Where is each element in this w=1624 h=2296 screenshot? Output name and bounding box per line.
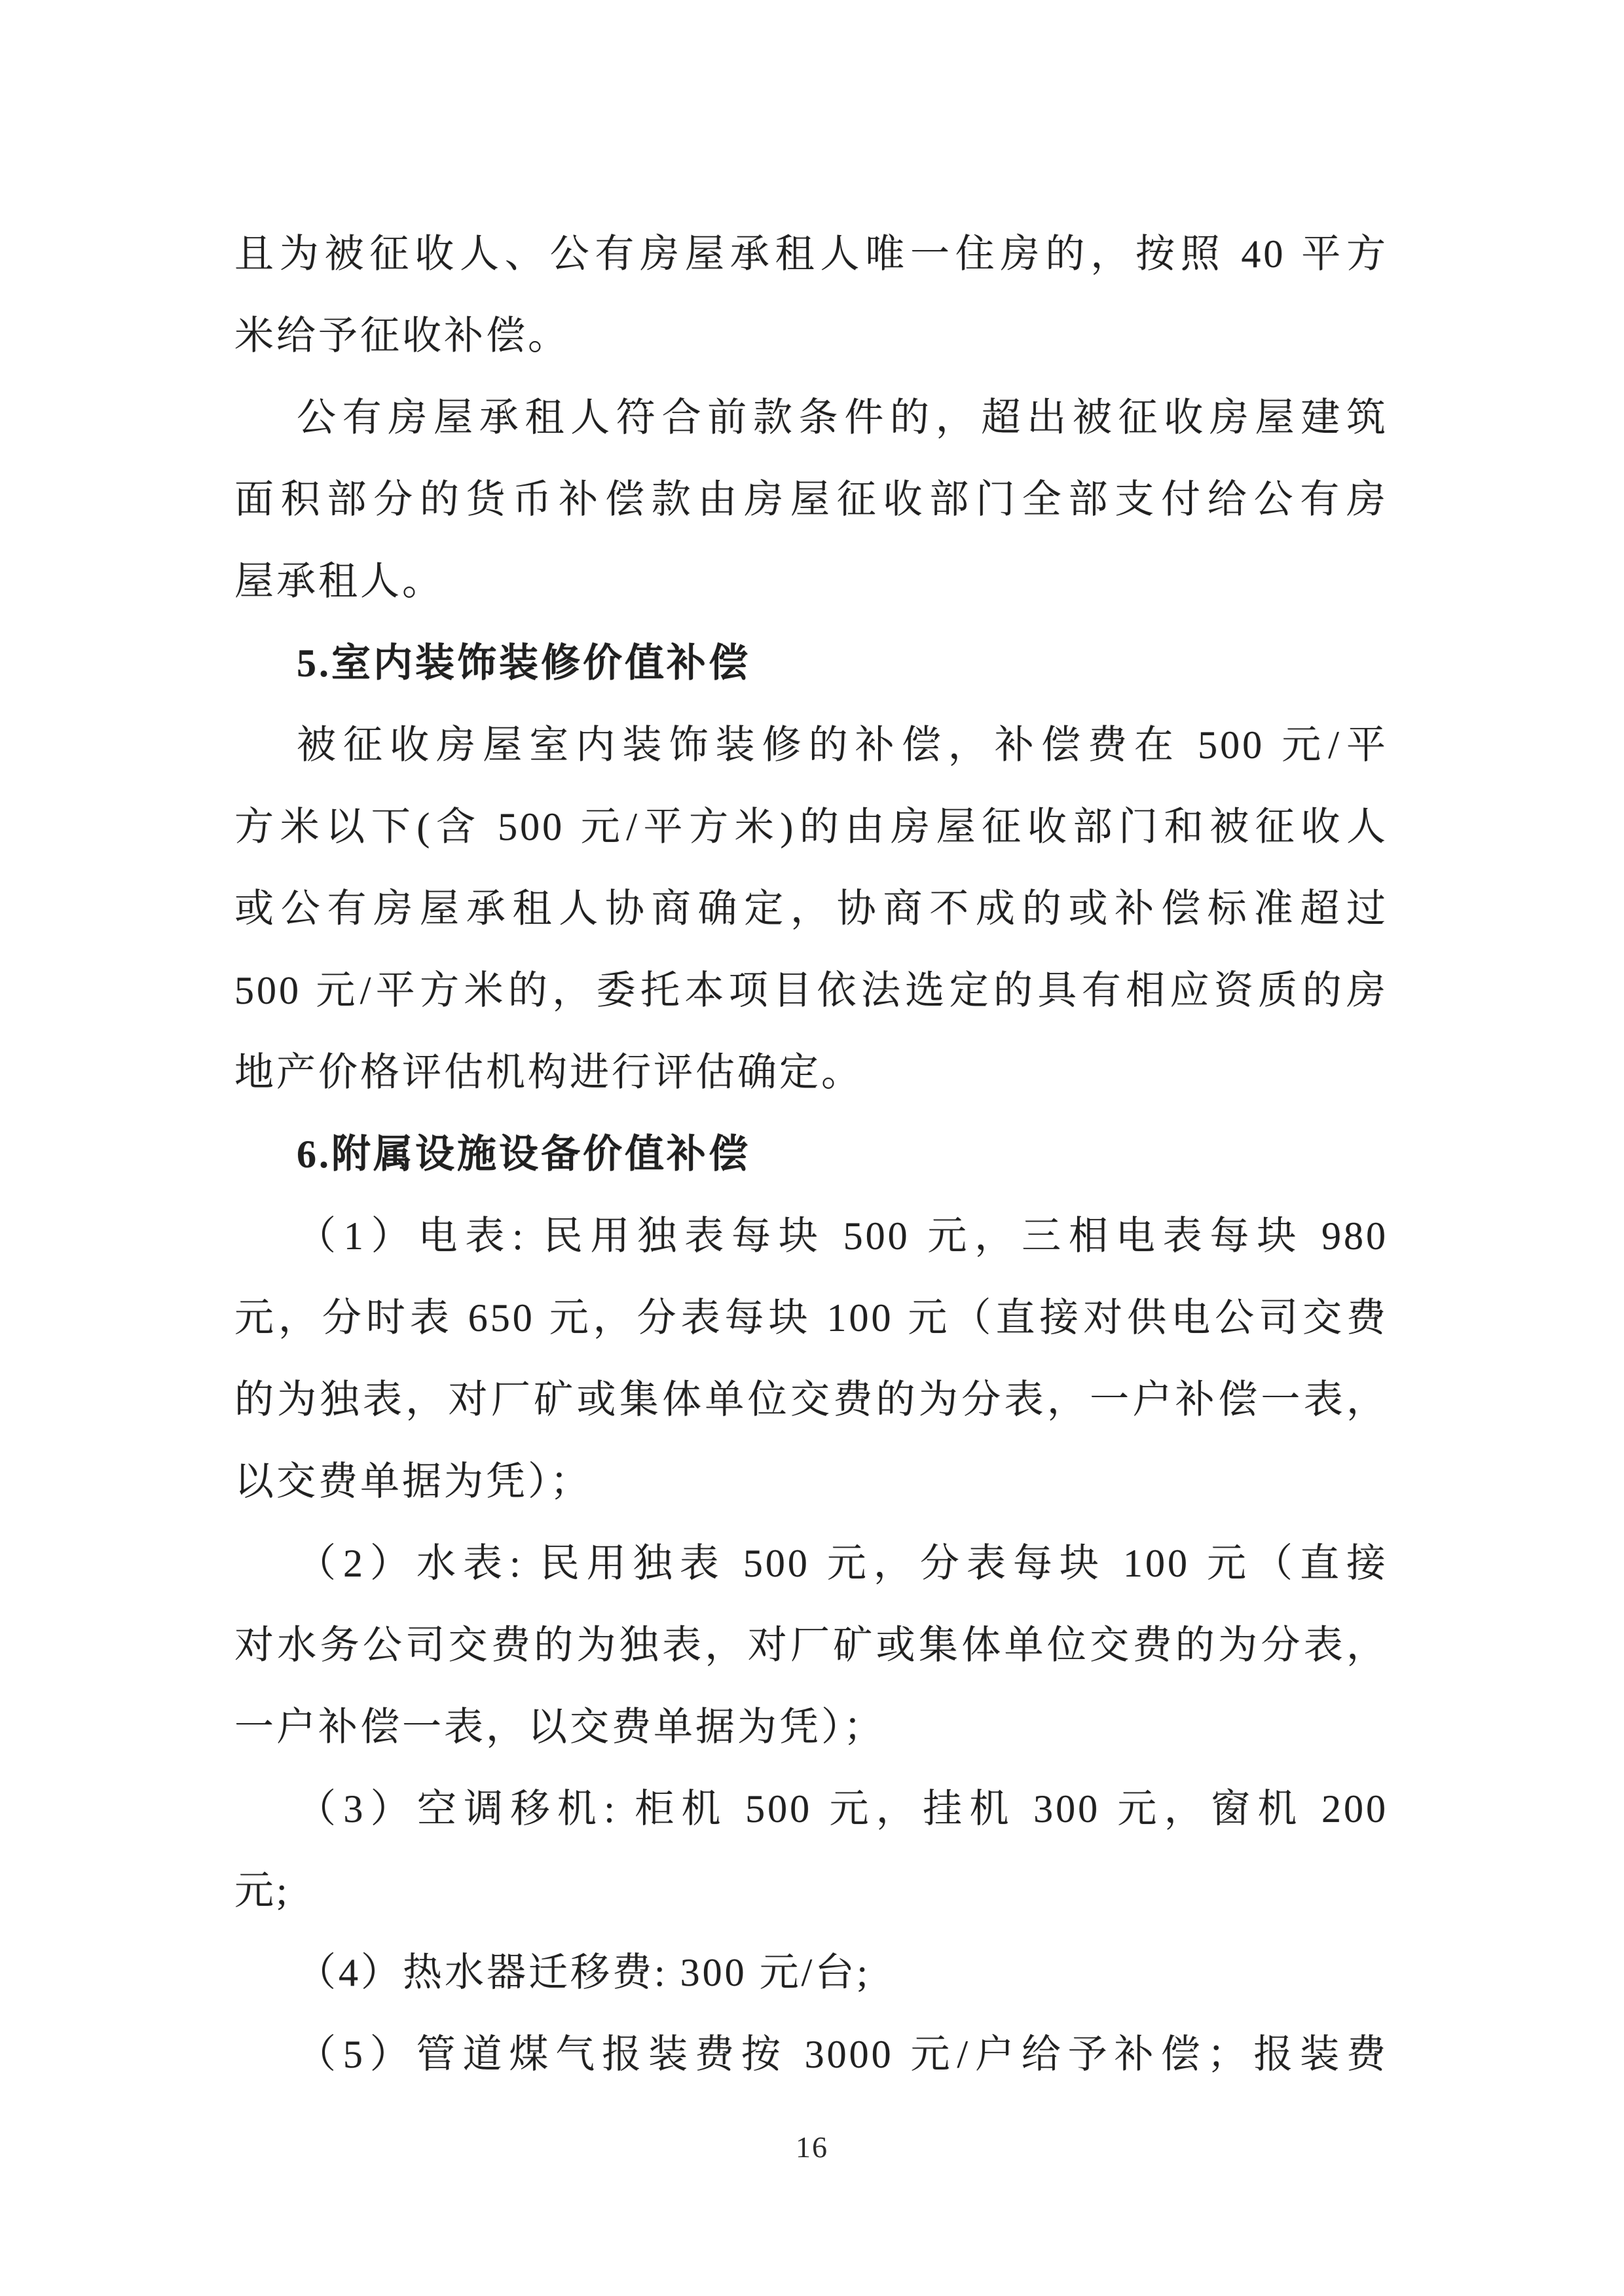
heading-6: 6.附属设施设备价值补偿 [234,1114,1388,1195]
text-line: 屋承租人。 [234,541,1388,623]
page-content: 且为被征收人、公有房屋承租人唯一住房的，按照 40 平方 米给予征收补偿。 公有… [234,213,1388,2096]
text-line: 的为独表，对厂矿或集体单位交费的为分表，一户补偿一表， [234,1359,1388,1441]
text-line: 公有房屋承租人符合前款条件的，超出被征收房屋建筑 [234,377,1388,459]
text-line: 500 元/平方米的，委托本项目依法选定的具有相应资质的房 [234,950,1388,1032]
text-line: 或公有房屋承租人协商确定，协商不成的或补偿标准超过 [234,868,1388,950]
text-line: 且为被征收人、公有房屋承租人唯一住房的，按照 40 平方 [234,213,1388,295]
text-line: 元; [234,1850,1388,1932]
text-line: 被征收房屋室内装饰装修的补偿，补偿费在 500 元/平 [234,704,1388,786]
text-line: 一户补偿一表，以交费单据为凭）； [234,1686,1388,1768]
text-line: （5）管道煤气报装费按 3000 元/户给予补偿；报装费 [234,2014,1388,2096]
text-line: （1）电表: 民用独表每块 500 元，三相电表每块 980 [234,1195,1388,1277]
text-line: 地产价格评估机构进行评估确定。 [234,1032,1388,1114]
text-line: （3）空调移机: 柜机 500 元，挂机 300 元，窗机 200 [234,1768,1388,1850]
text-line: 对水务公司交费的为独表，对厂矿或集体单位交费的为分表， [234,1605,1388,1686]
text-line: （4）热水器迁移费: 300 元/台; [234,1932,1388,2014]
text-line: 面积部分的货币补偿款由房屋征收部门全部支付给公有房 [234,459,1388,541]
text-line: （2）水表: 民用独表 500 元，分表每块 100 元（直接 [234,1523,1388,1605]
document-page: 且为被征收人、公有房屋承租人唯一住房的，按照 40 平方 米给予征收补偿。 公有… [0,0,1624,2296]
text-line: 以交费单据为凭）； [234,1441,1388,1523]
text-line: 米给予征收补偿。 [234,295,1388,377]
text-line: 方米以下(含 500 元/平方米)的由房屋征收部门和被征收人 [234,786,1388,868]
text-line: 元，分时表 650 元，分表每块 100 元（直接对供电公司交费 [234,1277,1388,1359]
page-number: 16 [0,2130,1624,2164]
heading-5: 5.室内装饰装修价值补偿 [234,623,1388,704]
